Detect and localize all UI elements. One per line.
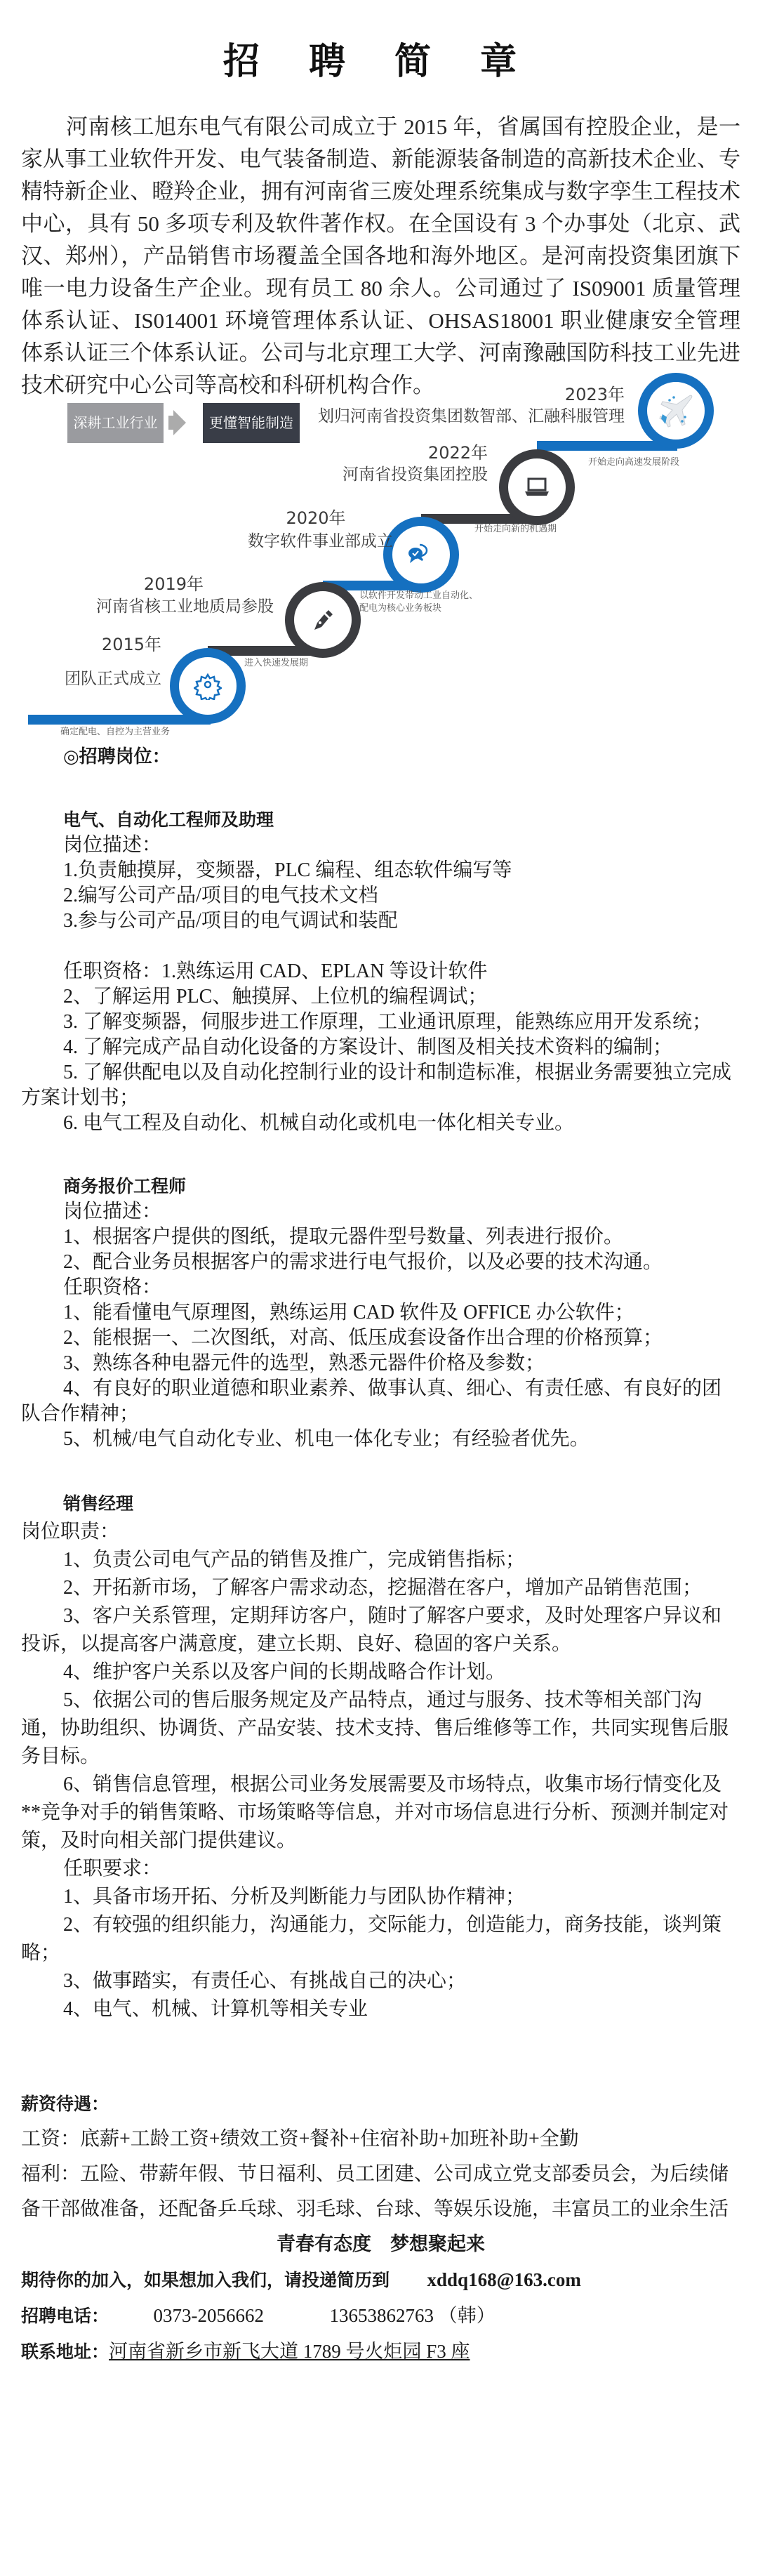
salary-heading: 薪资待遇：: [21, 2087, 740, 2122]
job-sales-manager: 销售经理 岗位职责： 1、负责公司电气产品的销售及推广，完成销售指标； 2、开拓…: [21, 1490, 740, 2023]
page-title: 招 聘 简 章: [0, 32, 758, 84]
milestone-event: 河南省投资集团控股: [337, 461, 488, 484]
job-req-item: 2、能根据一、二次图纸，对高、低压成套设备作出合理的价格预算；: [21, 1326, 740, 1351]
mobile-number[interactable]: 13653862763: [330, 2305, 434, 2326]
tag-to: 更懂智能制造: [203, 403, 300, 443]
job-req-item: 3、做事踏实，有责任心、有挑战自己的决心；: [21, 1967, 740, 1995]
job-desc-label: 岗位职责：: [21, 1518, 740, 1546]
job-req-item: 3、熟练各种电器元件的选型，熟悉元器件价格及参数；: [21, 1351, 740, 1376]
job-desc-item: 3.参与公司产品/项目的电气调试和装配: [21, 909, 740, 934]
milestone-note: 以软件开发带动工业自动化、 配电为核心业务板块: [359, 590, 478, 615]
job-quotation-engineer: 商务报价工程师 岗位描述： 1、根据客户提供的图纸，提取元器件型号数量、列表进行…: [21, 1174, 740, 1452]
job-title: 电气、自动化工程师及助理: [63, 807, 740, 833]
milestone-2023: [638, 373, 714, 449]
job-req-item: 4、有良好的职业道德和职业素养、做事认真、细心、有责任感、有良好的团队合作精神；: [21, 1376, 740, 1427]
milestone-2020: [383, 517, 459, 593]
job-req-item: 3. 了解变频器，伺服步进工作原理，工业通讯原理，能熟练应用开发系统；: [21, 1010, 740, 1035]
tag-from: 深耕工业行业: [67, 403, 164, 443]
job-req-item: 2、有较强的组织能力，沟通能力，交际能力，创造能力，商务技能，谈判策略；: [21, 1911, 740, 1967]
milestone-event: 河南省核工业地质局参股: [70, 593, 274, 616]
milestone-2019: [285, 582, 361, 658]
milestone-2015: [170, 648, 246, 724]
milestone-year: 2022年: [386, 439, 488, 463]
job-req-label: 任职资格：: [21, 1275, 740, 1300]
address-link[interactable]: 河南省新乡市新飞大道 1789 号火炬园 F3 座: [109, 2341, 470, 2362]
milestone-note: 开始走向新的机遇期: [474, 523, 557, 536]
job-req-item: 5、机械/电气自动化专业、机电一体化专业；有经验者优先。: [21, 1427, 740, 1452]
salary-section: 薪资待遇： 工资：底薪+工龄工资+绩效工资+餐补+住宿补助+加班补助+全勤 福利…: [21, 2087, 740, 2227]
job-listings: ◎招聘岗位： 电气、自动化工程师及助理 岗位描述： 1.负责触摸屏，变频器，PL…: [21, 744, 740, 2370]
job-req-label: 任职要求：: [21, 1855, 740, 1883]
milestone-event: 划归河南省投资集团数智部、汇融科服管理: [309, 403, 625, 426]
milestone-year: 2019年: [119, 570, 204, 595]
job-req-item: 6. 电气工程及自动化、机械自动化或机电一体化相关专业。: [21, 1111, 740, 1136]
milestone-year: 2015年: [70, 630, 161, 655]
job-desc-item: 4、维护客户关系以及客户间的长期战略合作计划。: [21, 1658, 740, 1686]
job-desc-label: 岗位描述：: [21, 833, 740, 858]
email-link[interactable]: xddq168@163.com: [427, 2269, 581, 2290]
job-title: 销售经理: [63, 1490, 740, 1518]
gear-icon: [194, 672, 222, 700]
airplane-icon: [654, 389, 698, 432]
job-req-item: 5. 了解供配电以及自动化控制行业的设计和制造标准，根据业务需要独立完成方案计划…: [21, 1060, 740, 1111]
job-desc-item: 2、配合业务员根据客户的需求进行电气报价，以及必要的技术沟通。: [21, 1250, 740, 1275]
timeline-line: [28, 715, 211, 725]
positions-heading: ◎招聘岗位：: [63, 744, 740, 770]
job-desc-item: 2.编写公司产品/项目的电气技术文档: [21, 883, 740, 909]
pen-icon: [309, 606, 337, 634]
job-req-first: 任职资格：1.熟练运用 CAD、EPLAN 等设计软件: [21, 959, 740, 984]
phone-row: 招聘电话： 0373-2056662 13653862763 （韩）: [21, 2298, 740, 2334]
job-electrical-engineer: 电气、自动化工程师及助理 岗位描述： 1.负责触摸屏，变频器，PLC 编程、组态…: [21, 807, 740, 1136]
contact-name: （韩）: [439, 2305, 496, 2326]
job-desc-item: 3、客户关系管理，定期拜访客户，随时了解客户要求，及时处理客户异议和投诉，以提高…: [21, 1602, 740, 1658]
job-req-item: 2、了解运用 PLC、触摸屏、上位机的编程调试；: [21, 984, 740, 1010]
job-desc-item: 2、开拓新市场，了解客户需求动态，挖掘潜在客户，增加产品销售范围；: [21, 1574, 740, 1602]
company-timeline: 深耕工业行业 更懂智能制造 2015年 团队正式成立 确定配电、自控为主营业务 …: [0, 351, 758, 744]
job-req-item: 1、能看懂电气原理图，熟练运用 CAD 软件及 OFFICE 办公软件；: [21, 1300, 740, 1326]
job-req-item: 1、具备市场开拓、分析及判断能力与团队协作精神；: [21, 1883, 740, 1911]
arrow-right-icon-head: [173, 410, 186, 435]
milestone-event: 团队正式成立: [42, 666, 161, 689]
job-desc-item: 1、根据客户提供的图纸，提取元器件型号数量、列表进行报价。: [21, 1224, 740, 1250]
milestone-2022: [499, 449, 575, 525]
milestone-year: 2020年: [267, 504, 365, 529]
job-req-item: 4. 了解完成产品自动化设备的方案设计、制图及相关技术资料的编制；: [21, 1035, 740, 1060]
job-title: 商务报价工程师: [63, 1174, 740, 1199]
job-desc-item: 5、依据公司的售后服务规定及产品特点，通过与服务、技术等相关部门沟通，协助组织、…: [21, 1686, 740, 1771]
slogan: 青春有态度 梦想聚起来: [21, 2227, 740, 2262]
chat-icon: [406, 541, 437, 569]
phone-number[interactable]: 0373-2056662: [154, 2305, 265, 2326]
apply-row: 期待你的加入，如果想加入我们，请投递简历到 xddq168@163.com: [21, 2262, 740, 2298]
job-desc-item: 1.负责触摸屏，变频器，PLC 编程、组态软件编写等: [21, 858, 740, 883]
job-desc-item: 6、销售信息管理，根据公司业务发展需要及市场特点，收集市场行情变化及**竞争对手…: [21, 1771, 740, 1855]
milestone-note: 进入快速发展期: [244, 657, 308, 670]
job-desc-item: 1、负责公司电气产品的销售及推广，完成销售指标；: [21, 1546, 740, 1574]
address-row: 联系地址：河南省新乡市新飞大道 1789 号火炬园 F3 座: [21, 2334, 740, 2370]
milestone-note: 开始走向高速发展阶段: [588, 456, 679, 469]
job-req-item: 4、电气、机械、计算机等相关专业: [21, 1995, 740, 2023]
milestone-event: 数字软件事业部成立: [232, 528, 393, 551]
job-desc-label: 岗位描述：: [21, 1199, 740, 1224]
wage-row: 工资：底薪+工龄工资+绩效工资+餐补+住宿补助+加班补助+全勤: [21, 2122, 740, 2157]
laptop-icon: [523, 476, 551, 498]
milestone-note: 确定配电、自控为主营业务: [60, 726, 170, 739]
welfare-row: 福利：五险、带薪年假、节日福利、员工团建、公司成立党支部委员会，为后续储备干部做…: [21, 2157, 740, 2227]
milestone-year: 2023年: [519, 381, 625, 405]
